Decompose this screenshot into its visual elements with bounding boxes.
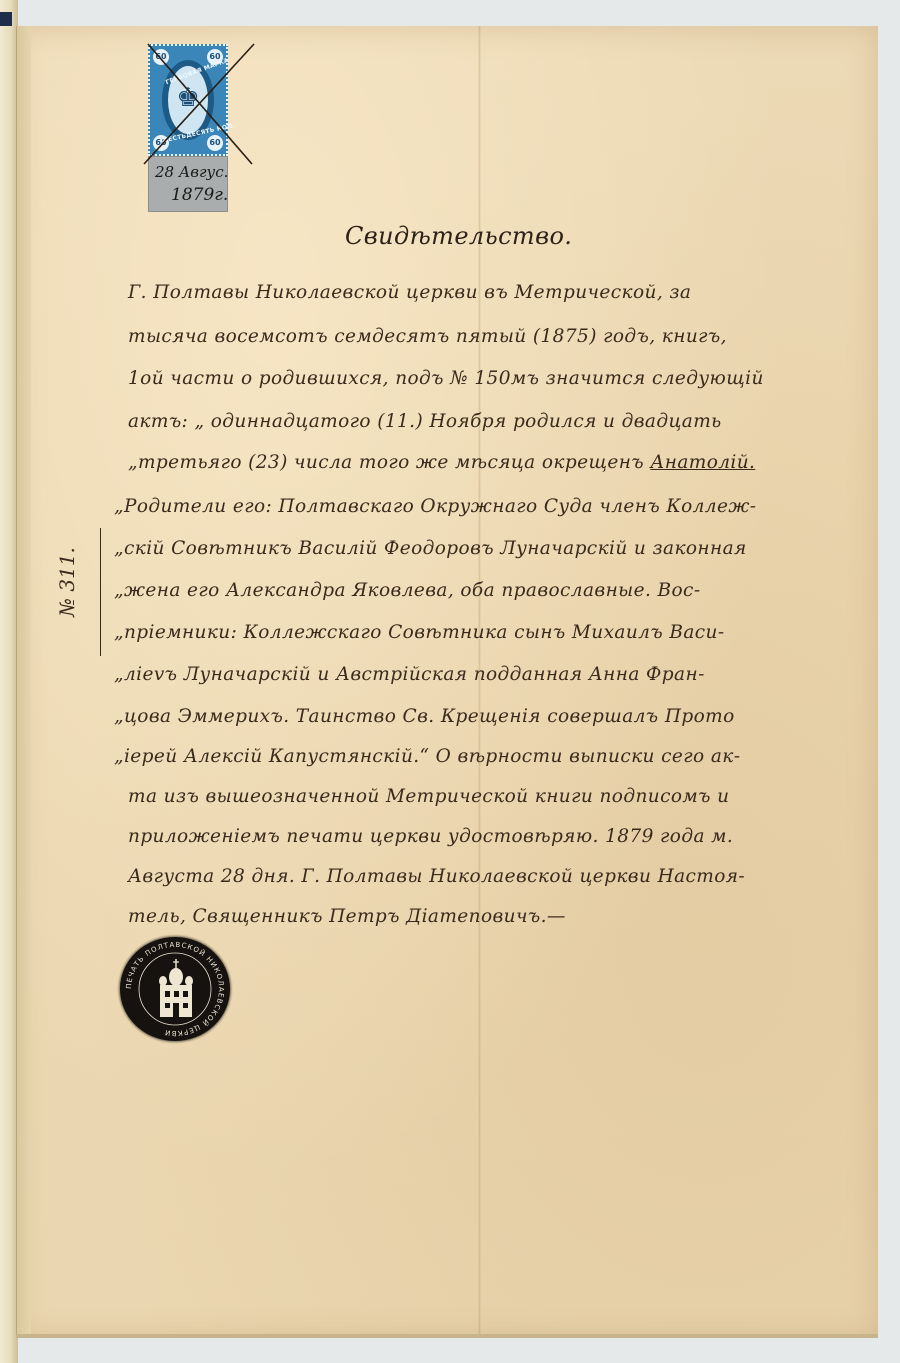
- page-left-edge: [16, 26, 31, 1338]
- document-title: Свидѣтельство.: [345, 222, 572, 250]
- body-line-2: тысяча восемсотъ семдесятъ пятый (1875) …: [128, 326, 727, 347]
- stamp-blue-panel: ♚ 60 60 60 60 ГЕРБОВАЯ МАРКА ШЕСТЬДЕСЯТЬ…: [148, 44, 228, 156]
- body-line-4: актъ: „ одиннадцатого (11.) Ноября родил…: [128, 411, 722, 432]
- stamp-denomination-tl: 60: [153, 49, 169, 65]
- revenue-stamp: ♚ 60 60 60 60 ГЕРБОВАЯ МАРКА ШЕСТЬДЕСЯТЬ…: [148, 44, 228, 212]
- body-line-8: „жена его Александра Яковлева, оба право…: [114, 580, 700, 601]
- body-line-1: Г. Полтавы Николаевской церкви въ Метрич…: [128, 282, 691, 303]
- body-line-13: та изъ вышеозначенной Метрической книги …: [128, 786, 729, 807]
- body-line-10: „лievъ Луначарскій и Австрійская подданн…: [114, 664, 705, 685]
- stamp-date-day: 28 Авгус.: [155, 163, 228, 181]
- body-line-6: „Родители его: Полтавскаго Окружнаго Суд…: [114, 496, 756, 517]
- page-bottom-edge: [16, 1334, 878, 1338]
- registry-number-text: № 311.: [55, 547, 79, 617]
- child-name: Анатолій.: [650, 452, 755, 473]
- church-seal: ПЕЧАТЬ ПОЛТАВСКОЙ НИКОЛАЕВСКОЙ ЦЕРКВИ: [120, 937, 230, 1041]
- body-line-12: „іерей Алексій Капустянскій.“ О вѣрности…: [114, 746, 740, 767]
- stamp-date-panel: 28 Авгус. 1879г.: [148, 156, 228, 212]
- body-line-14: приложеніемъ печати церкви удостовѣряю. …: [128, 826, 733, 847]
- body-line-7: „скій Совѣтникъ Василій Феодоровъ Лунача…: [114, 538, 747, 559]
- margin-registry-number: № 311.: [62, 520, 102, 660]
- body-line-5: „третьяго (23) числа того же мѣсяца окре…: [128, 452, 755, 473]
- stamp-date-year: 1879г.: [171, 185, 228, 205]
- church-building-icon: [156, 955, 196, 1021]
- body-line-3: 1ой части о родившихся, подъ № 150мъ зна…: [128, 368, 764, 389]
- body-line-5-text: „третьяго (23) числа того же мѣсяца окре…: [128, 452, 644, 473]
- double-headed-eagle-icon: ♚: [172, 82, 204, 114]
- body-line-9: „пріемники: Коллежскаго Совѣтника сынъ М…: [114, 622, 725, 643]
- margin-rule: [100, 528, 101, 656]
- body-line-15: Августа 28 дня. Г. Полтавы Николаевской …: [128, 866, 745, 887]
- stamp-denomination-br: 60: [207, 135, 223, 151]
- binding-corner: [0, 12, 12, 26]
- body-line-16: тель, Священникъ Петръ Діатеповичъ.—: [128, 906, 566, 927]
- body-line-11: „цова Эммерихъ. Таинство Св. Крещенія со…: [114, 706, 735, 727]
